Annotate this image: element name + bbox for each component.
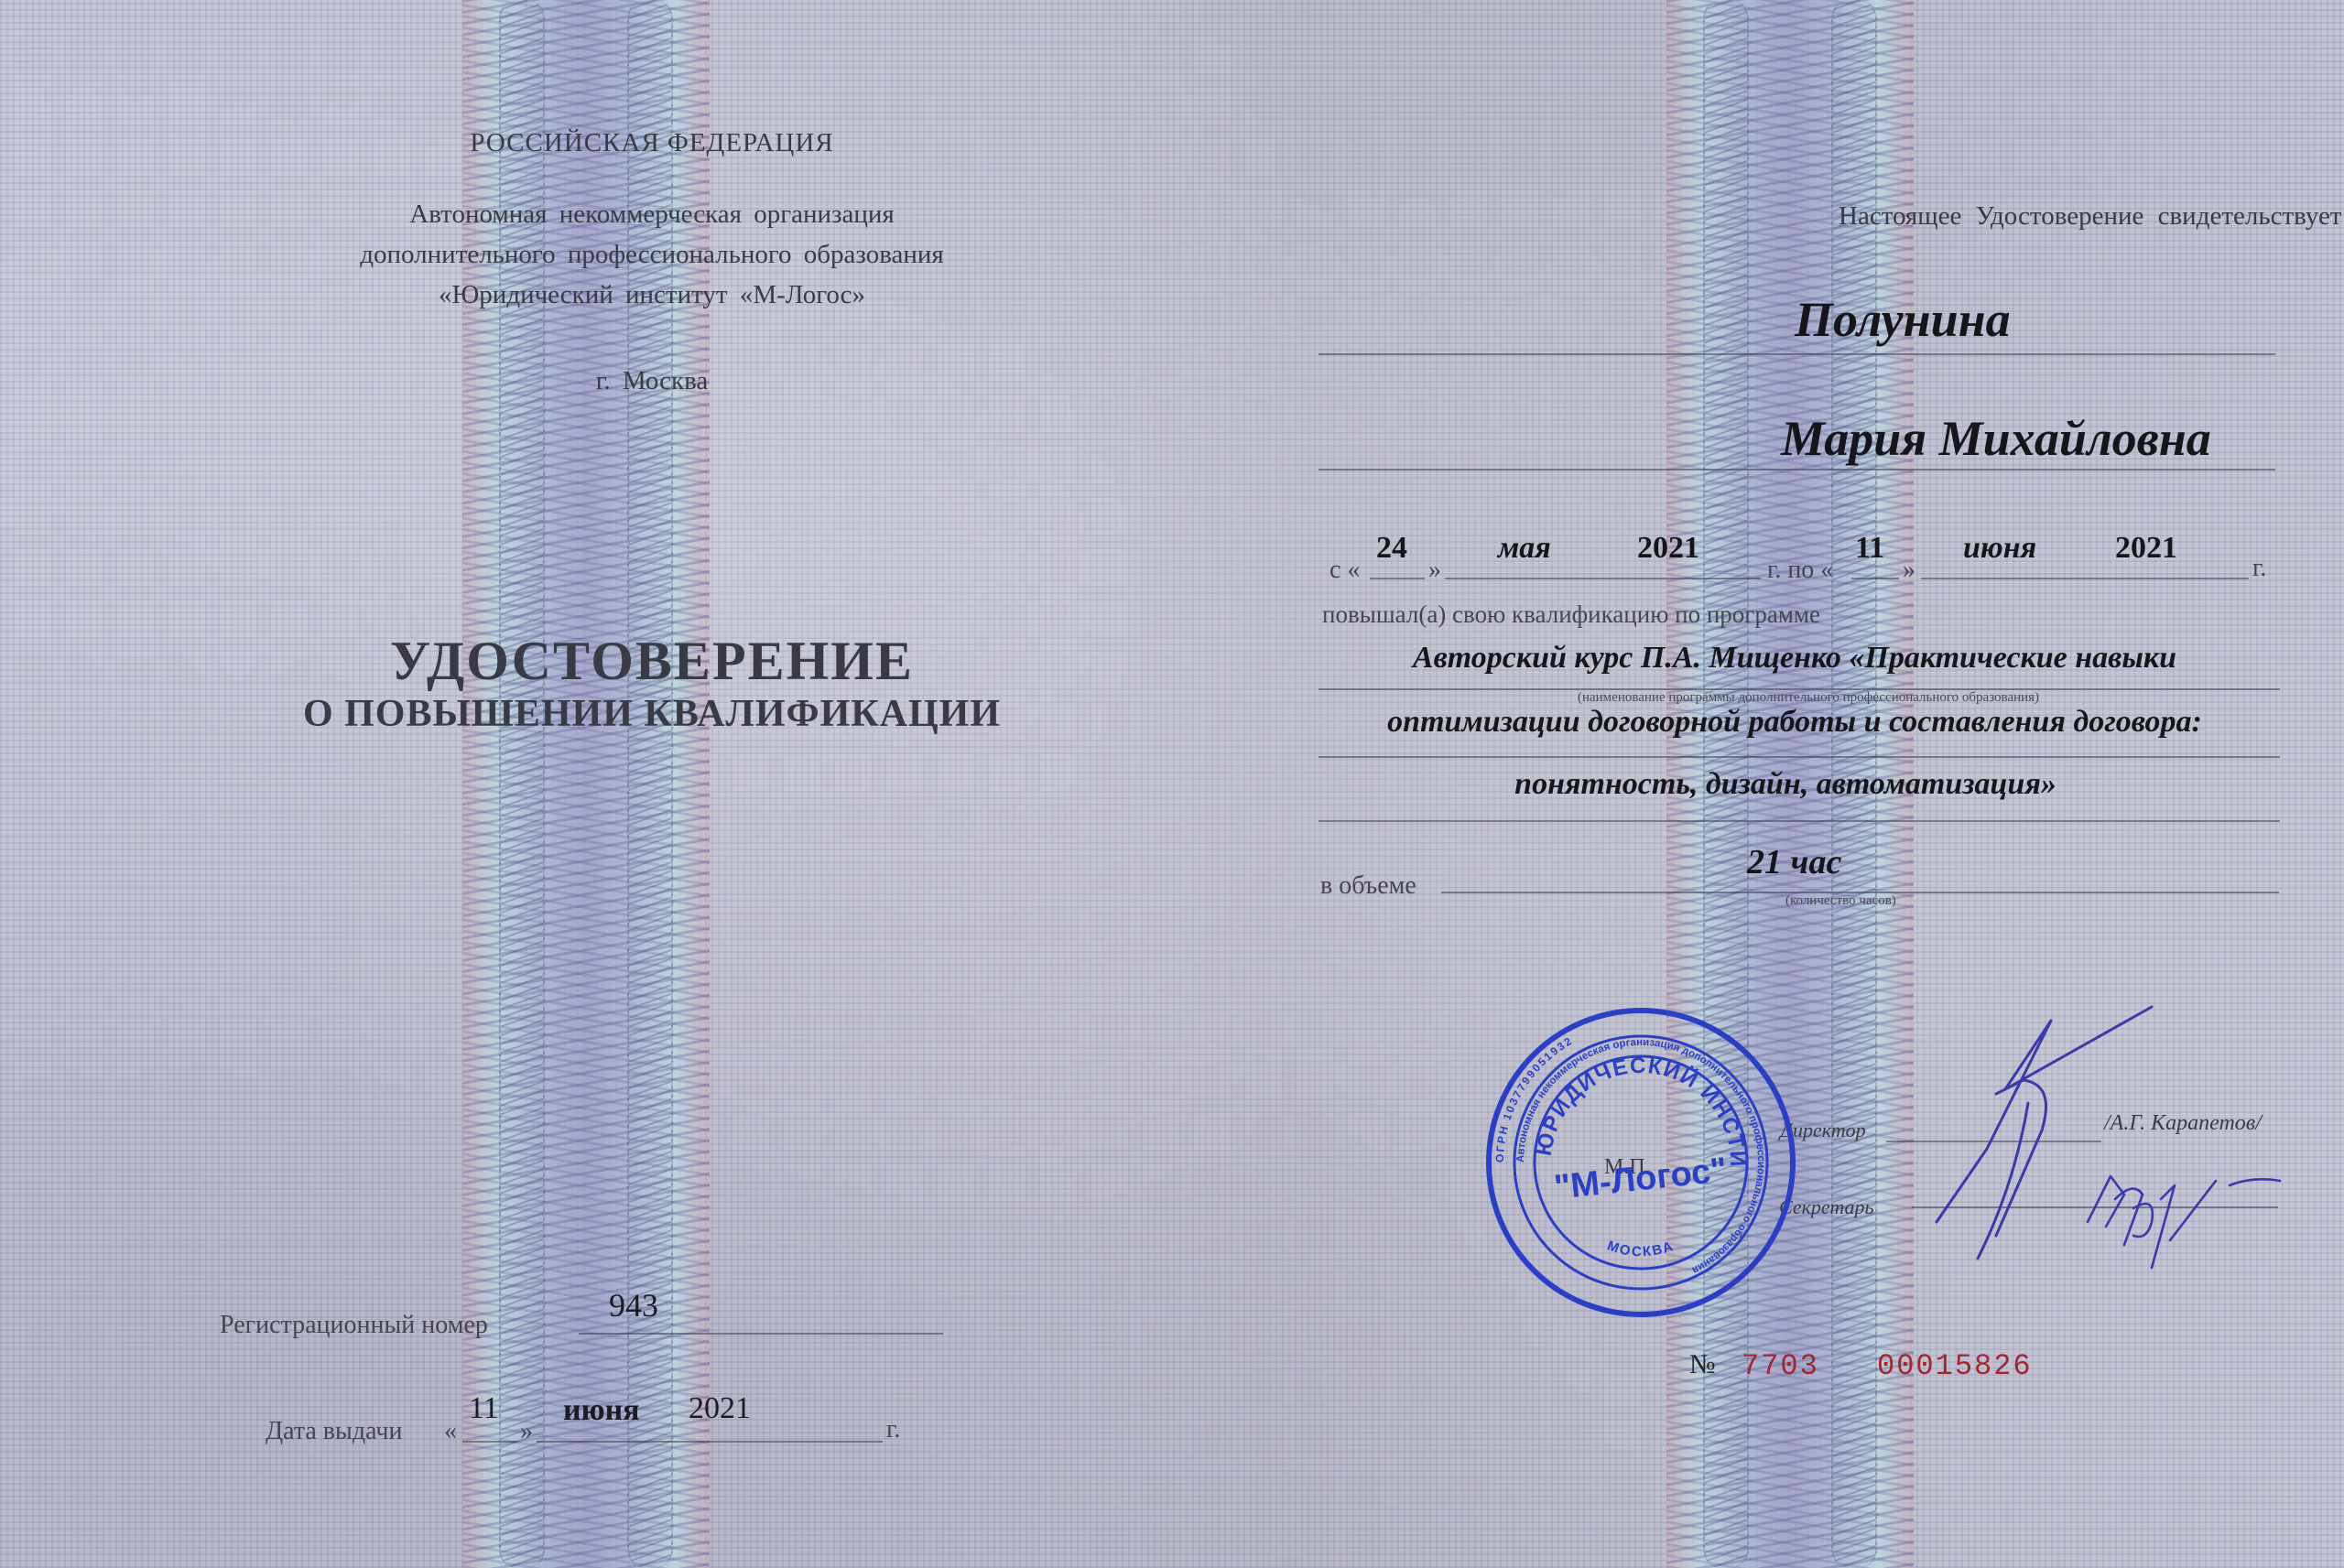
secretary-signature xyxy=(2069,1158,2307,1277)
serial-number-label: № xyxy=(1689,1349,1716,1380)
issue-month: июня xyxy=(563,1393,640,1428)
issue-year: 2021 xyxy=(689,1391,751,1426)
issue-year-suffix: г. xyxy=(886,1415,900,1444)
program-line-3: понятность, дизайн, автоматизация» xyxy=(1514,767,2056,802)
to-day-line xyxy=(1851,578,1899,579)
organization-line-2: дополнительного профессионального образо… xyxy=(360,240,944,270)
volume-value: 21 час xyxy=(1747,842,1841,882)
qualification-text: повышал(а) свою квалификацию по программ… xyxy=(1322,600,1820,629)
program-line-2-rule xyxy=(1318,756,2280,758)
period-suffix: г. xyxy=(2252,554,2266,583)
issue-month-year-line xyxy=(537,1441,883,1443)
period-from-day: 24 xyxy=(1376,531,1407,566)
stamp-center-text: "М-Логос" xyxy=(1552,1151,1729,1207)
country-heading: РОССИЙСКАЯ ФЕДЕРАЦИЯ xyxy=(470,128,833,158)
issue-day: 11 xyxy=(469,1391,499,1426)
program-line-3-rule xyxy=(1318,820,2280,822)
period-from-year: 2021 xyxy=(1637,531,1699,566)
serial-number: 00015826 xyxy=(1877,1349,2033,1383)
period-to-close: » xyxy=(1903,556,1915,585)
period-to-year: 2021 xyxy=(2115,531,2177,566)
organization-line-3: «Юридический институт «М-Логос» xyxy=(439,280,865,310)
from-month-year-line xyxy=(1445,578,1761,579)
program-line-2: оптимизации договорной работы и составле… xyxy=(1387,705,2202,740)
issue-date-label: Дата выдачи xyxy=(266,1417,402,1446)
holder-surname: Полунина xyxy=(1795,291,2011,348)
issue-date-close-quote: » xyxy=(520,1417,533,1446)
period-to-prefix: г. по « xyxy=(1767,556,1833,585)
registration-number-value: 943 xyxy=(609,1286,658,1325)
svg-text:МОСКВА: МОСКВА xyxy=(1605,1238,1677,1260)
period-to-month: июня xyxy=(1963,531,2036,566)
serial-series: 7703 xyxy=(1742,1349,1819,1383)
period-to-day: 11 xyxy=(1855,531,1884,566)
city: г. Москва xyxy=(596,366,709,396)
volume-label: в объеме xyxy=(1320,871,1416,901)
registration-number-line xyxy=(579,1333,943,1335)
institution-stamp: ОГРН 1037799051932 Автономная некоммерче… xyxy=(1485,1007,1796,1318)
period-from-prefix: с « xyxy=(1329,556,1360,585)
volume-caption: (количество часов) xyxy=(1785,893,1896,909)
period-from-close: » xyxy=(1428,556,1441,585)
period-from-month: мая xyxy=(1498,531,1551,566)
issue-date-open-quote: « xyxy=(444,1417,457,1446)
document-title: УДОСТОВЕРЕНИЕ xyxy=(390,630,914,693)
given-names-line xyxy=(1318,469,2275,470)
holder-given-names: Мария Михайловна xyxy=(1781,410,2211,467)
intro-text: Настоящее Удостоверение свидетельствует … xyxy=(1839,201,2344,232)
document-subtitle: О ПОВЫШЕНИИ КВАЛИФИКАЦИИ xyxy=(303,692,1001,736)
program-caption: (наименование программы дополнительного … xyxy=(1578,690,2039,706)
issue-day-line xyxy=(462,1441,517,1443)
from-day-line xyxy=(1370,578,1425,579)
surname-line xyxy=(1318,353,2275,355)
organization-line-1: Автономная некоммерческая организация xyxy=(409,200,894,230)
registration-number-label: Регистрационный номер xyxy=(220,1311,488,1340)
program-line-1: Авторский курс П.А. Мищенко «Практически… xyxy=(1413,641,2176,676)
to-month-year-line xyxy=(1921,578,2249,579)
